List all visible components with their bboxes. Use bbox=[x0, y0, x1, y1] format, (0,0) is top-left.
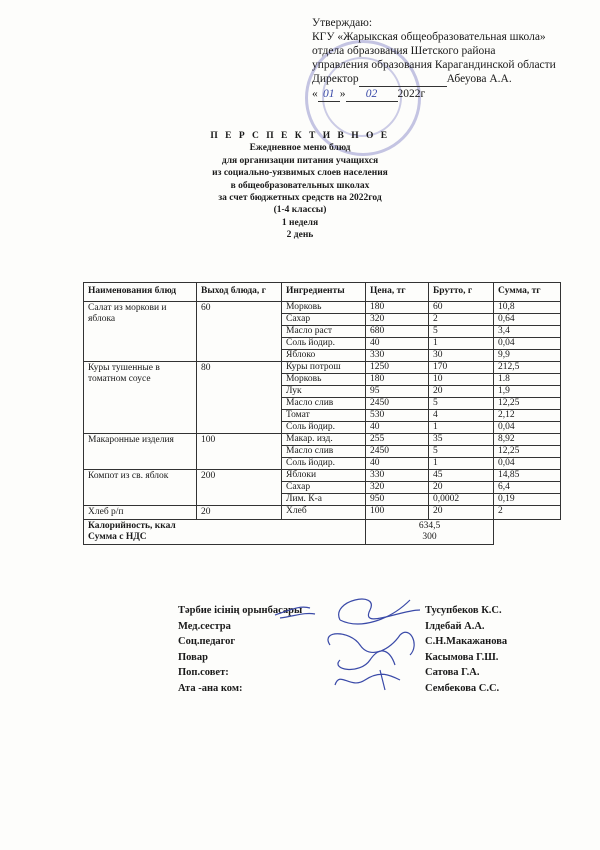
table-row: Салат из моркови и яблока60Морковь180601… bbox=[84, 302, 561, 314]
ingredient-sum: 3,4 bbox=[494, 326, 561, 338]
ingredient-price: 100 bbox=[366, 506, 429, 520]
ingredient-price: 680 bbox=[366, 326, 429, 338]
title-heading: П Е Р С П Е К Т И В Н О Е bbox=[150, 130, 450, 142]
table-row: Макаронные изделия100Макар. изд.255358,9… bbox=[84, 434, 561, 446]
dish-name: Салат из моркови и яблока bbox=[84, 302, 197, 362]
ingredient-gross: 1 bbox=[429, 458, 494, 470]
signer-name: Сембекова С.С. bbox=[425, 681, 507, 697]
ingredient-sum: 1,9 bbox=[494, 386, 561, 398]
title-line: из социально-уязвимых слоев населения bbox=[150, 167, 450, 179]
ingredient-name: Соль йодир. bbox=[282, 422, 366, 434]
ingredient-gross: 60 bbox=[429, 302, 494, 314]
date-year: 2022г bbox=[398, 88, 426, 100]
ingredient-sum: 2 bbox=[494, 506, 561, 520]
dish-name: Макаронные изделия bbox=[84, 434, 197, 470]
ingredient-price: 180 bbox=[366, 374, 429, 386]
ingredient-name: Сахар bbox=[282, 314, 366, 326]
table-row: Компот из св. яблок200Яблоки3304514,85 bbox=[84, 470, 561, 482]
ingredient-gross: 2 bbox=[429, 314, 494, 326]
dish-name: Хлеб р/п bbox=[84, 506, 197, 520]
ingredient-sum: 212,5 bbox=[494, 362, 561, 374]
header-gross: Брутто, г bbox=[429, 283, 494, 302]
ingredient-gross: 1 bbox=[429, 422, 494, 434]
title-line: (1-4 классы) bbox=[150, 204, 450, 216]
calories-label: Калорийность, ккал bbox=[88, 521, 361, 532]
ingredient-price: 40 bbox=[366, 338, 429, 350]
ingredient-price: 1250 bbox=[366, 362, 429, 374]
ingredient-gross: 5 bbox=[429, 446, 494, 458]
ingredient-price: 2450 bbox=[366, 398, 429, 410]
dish-name: Компот из св. яблок bbox=[84, 470, 197, 506]
totals-values: 634,5 300 bbox=[366, 520, 494, 545]
director-name: Абеуова А.А. bbox=[447, 73, 512, 85]
dish-yield: 200 bbox=[197, 470, 282, 506]
ingredient-price: 950 bbox=[366, 494, 429, 506]
signature-names: Тусупбеков К.С. Ілдебай А.А. С.Н.Макажан… bbox=[425, 603, 507, 696]
menu-table: Наименования блюд Выход блюда, г Ингреди… bbox=[83, 282, 561, 545]
ingredient-gross: 20 bbox=[429, 506, 494, 520]
director-label: Директор bbox=[312, 73, 359, 85]
dish-yield: 60 bbox=[197, 302, 282, 362]
approval-line: Утверждаю: bbox=[312, 16, 556, 30]
ingredient-price: 320 bbox=[366, 482, 429, 494]
title-line: 1 неделя bbox=[150, 217, 450, 229]
header-sum: Сумма, тг bbox=[494, 283, 561, 302]
signer-name: С.Н.Макажанова bbox=[425, 634, 507, 650]
date-line: «01»022022г bbox=[312, 87, 556, 102]
dish-yield: 20 bbox=[197, 506, 282, 520]
ingredient-gross: 0,0002 bbox=[429, 494, 494, 506]
ingredient-name: Макар. изд. bbox=[282, 434, 366, 446]
ingredient-name: Томат bbox=[282, 410, 366, 422]
document-title: П Е Р С П Е К Т И В Н О Е Ежедневное мен… bbox=[150, 130, 450, 242]
approval-block: Утверждаю: КГУ «Жарыкская общеобразовате… bbox=[312, 16, 556, 102]
ingredient-name: Масло слив bbox=[282, 398, 366, 410]
ingredient-gross: 5 bbox=[429, 398, 494, 410]
date-month: 02 bbox=[346, 87, 398, 102]
header-price: Цена, тг bbox=[366, 283, 429, 302]
signer-name: Сатова Г.А. bbox=[425, 665, 507, 681]
title-line: для организации питания учащихся bbox=[150, 155, 450, 167]
table-body: Салат из моркови и яблока60Морковь180601… bbox=[84, 302, 561, 520]
ingredient-name: Морковь bbox=[282, 302, 366, 314]
ingredient-price: 320 bbox=[366, 314, 429, 326]
ingredient-sum: 0,04 bbox=[494, 422, 561, 434]
ingredient-sum: 10,8 bbox=[494, 302, 561, 314]
ingredient-sum: 12,25 bbox=[494, 446, 561, 458]
header-ingredients: Ингредиенты bbox=[282, 283, 366, 302]
signer-name: Ілдебай А.А. bbox=[425, 619, 507, 635]
table-header-row: Наименования блюд Выход блюда, г Ингреди… bbox=[84, 283, 561, 302]
ingredient-gross: 10 bbox=[429, 374, 494, 386]
approval-line: КГУ «Жарыкская общеобразовательная школа… bbox=[312, 30, 556, 44]
ingredient-price: 180 bbox=[366, 302, 429, 314]
ingredient-gross: 20 bbox=[429, 386, 494, 398]
ingredient-gross: 30 bbox=[429, 350, 494, 362]
table-row: Хлеб р/п20Хлеб100202 bbox=[84, 506, 561, 520]
ingredient-name: Яблоко bbox=[282, 350, 366, 362]
ingredient-price: 40 bbox=[366, 422, 429, 434]
ingredient-sum: 12,25 bbox=[494, 398, 561, 410]
ingredient-price: 330 bbox=[366, 350, 429, 362]
ingredient-price: 40 bbox=[366, 458, 429, 470]
approval-line: отдела образования Шетского района bbox=[312, 44, 556, 58]
title-line: Ежедневное меню блюд bbox=[150, 142, 450, 154]
ingredient-gross: 20 bbox=[429, 482, 494, 494]
header-yield: Выход блюда, г bbox=[197, 283, 282, 302]
dish-yield: 80 bbox=[197, 362, 282, 434]
ingredient-name: Морковь bbox=[282, 374, 366, 386]
ingredient-gross: 1 bbox=[429, 338, 494, 350]
signer-name: Тусупбеков К.С. bbox=[425, 603, 507, 619]
dish-name: Куры тушенные в томатном соусе bbox=[84, 362, 197, 434]
handwritten-signatures-icon bbox=[270, 590, 430, 700]
vat-value: 300 bbox=[370, 532, 489, 543]
header-dish: Наименования блюд bbox=[84, 283, 197, 302]
ingredient-gross: 35 bbox=[429, 434, 494, 446]
title-line: в общеобразовательных школах bbox=[150, 180, 450, 192]
ingredient-price: 95 bbox=[366, 386, 429, 398]
ingredient-gross: 5 bbox=[429, 326, 494, 338]
ingredient-name: Масло раст bbox=[282, 326, 366, 338]
approval-line: управления образования Карагандинской об… bbox=[312, 58, 556, 72]
ingredient-name: Соль йодир. bbox=[282, 458, 366, 470]
ingredient-sum: 0,64 bbox=[494, 314, 561, 326]
ingredient-name: Сахар bbox=[282, 482, 366, 494]
ingredient-gross: 170 bbox=[429, 362, 494, 374]
ingredient-price: 330 bbox=[366, 470, 429, 482]
signer-name: Касымова Г.Ш. bbox=[425, 650, 507, 666]
ingredient-gross: 45 bbox=[429, 470, 494, 482]
ingredient-price: 255 bbox=[366, 434, 429, 446]
date-day: 01 bbox=[318, 87, 340, 102]
ingredient-name: Масло слив bbox=[282, 446, 366, 458]
dish-yield: 100 bbox=[197, 434, 282, 470]
totals-row: Калорийность, ккал Сумма с НДС 634,5 300 bbox=[84, 520, 561, 545]
ingredient-name: Соль йодир. bbox=[282, 338, 366, 350]
ingredient-sum: 2,12 bbox=[494, 410, 561, 422]
ingredient-sum: 1.8 bbox=[494, 374, 561, 386]
ingredient-name: Лим. К-а bbox=[282, 494, 366, 506]
ingredient-sum: 9,9 bbox=[494, 350, 561, 362]
ingredient-sum: 14,85 bbox=[494, 470, 561, 482]
table-row: Куры тушенные в томатном соусе80Куры пот… bbox=[84, 362, 561, 374]
ingredient-sum: 0,04 bbox=[494, 458, 561, 470]
title-line: 2 день bbox=[150, 229, 450, 241]
ingredient-name: Яблоки bbox=[282, 470, 366, 482]
ingredient-name: Хлеб bbox=[282, 506, 366, 520]
vat-label: Сумма с НДС bbox=[88, 532, 361, 543]
title-line: за счет бюджетных средств на 2022год bbox=[150, 192, 450, 204]
ingredient-gross: 4 bbox=[429, 410, 494, 422]
ingredient-sum: 0,19 bbox=[494, 494, 561, 506]
ingredient-name: Лук bbox=[282, 386, 366, 398]
ingredient-sum: 0,04 bbox=[494, 338, 561, 350]
ingredient-price: 2450 bbox=[366, 446, 429, 458]
ingredient-sum: 6,4 bbox=[494, 482, 561, 494]
calories-value: 634,5 bbox=[370, 521, 489, 532]
ingredient-price: 530 bbox=[366, 410, 429, 422]
totals-labels: Калорийность, ккал Сумма с НДС bbox=[84, 520, 366, 545]
ingredient-name: Куры потрош bbox=[282, 362, 366, 374]
ingredient-sum: 8,92 bbox=[494, 434, 561, 446]
director-line: Директор Абеуова А.А. bbox=[312, 72, 556, 87]
signature-line bbox=[359, 72, 447, 87]
